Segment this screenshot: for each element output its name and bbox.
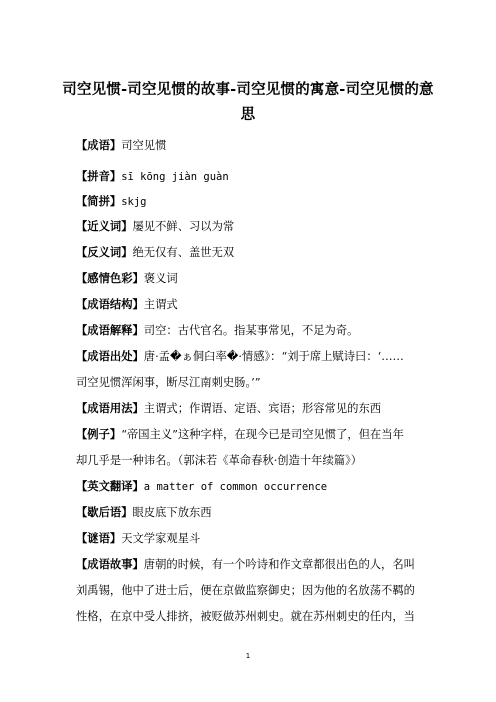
document-line: 【成语出处】唐·孟�ぁ侗臼率�·情感》：“刘于席上赋诗曰：‘…… [76, 348, 404, 364]
entry-label: 【成语用法】 [76, 401, 144, 415]
entry-value: 主谓式 [144, 298, 178, 311]
entry-label: 【成语故事】 [76, 557, 144, 571]
entry-label: 【成语解释】 [76, 323, 144, 337]
entry-value: 司空见惯 [121, 139, 166, 152]
entry-value: 绝无仅有、盖世无双 [133, 246, 235, 259]
entry-label: 【成语】 [76, 138, 121, 152]
document-line: 【英文翻译】a matter of common occurrence [76, 478, 327, 494]
entry-value: 眼皮底下放东西 [133, 506, 212, 519]
entry-label: 【成语结构】 [76, 297, 144, 311]
entry-label: 【感情色彩】 [76, 271, 144, 285]
entry-label: 【反义词】 [76, 245, 133, 259]
entry-label: 【成语出处】 [76, 349, 144, 363]
document-line: 性格，在京中受人排挤，被贬做苏州刺史。就在苏州刺史的任内，当 [76, 608, 415, 624]
document-line: 【成语故事】唐朝的时候，有一个吟诗和作文章都很出色的人，名叫 [76, 556, 415, 572]
document-line: 司空见惯浑闲事，断尽江南刺史肠。’” [76, 374, 260, 390]
entry-value: 褒义词 [144, 272, 178, 285]
document-line: 【歇后语】眼皮底下放东西 [76, 504, 212, 520]
document-title: 司空见惯-司空见惯的故事-司空见惯的寓意-司空见惯的意思 [60, 78, 436, 128]
entry-value: sī kōng jiàn guàn [121, 171, 228, 183]
document-line: 【简拼】skjg [76, 193, 147, 209]
entry-value: a matter of common occurrence [144, 481, 327, 493]
document-line: 【谜语】天文学家观星斗 [76, 530, 200, 546]
document-line: 【成语解释】司空：古代官名。指某事常见，不足为奇。 [76, 322, 358, 338]
page-number: 1 [0, 652, 496, 660]
document-line: 【反义词】绝无仅有、盖世无双 [76, 244, 234, 260]
entry-value: 司空见惯浑闲事，断尽江南刺史肠。’” [76, 376, 260, 389]
entry-value: 却几乎是一种讳名。（郭沫若《革命春秋·创造十年续篇》） [76, 454, 362, 467]
document-line: 【成语用法】主谓式；作谓语、定语、宾语；形容常见的东西 [76, 400, 381, 416]
entry-value: 唐朝的时候，有一个吟诗和作文章都很出色的人，名叫 [144, 558, 415, 571]
document-line: 却几乎是一种讳名。（郭沫若《革命春秋·创造十年续篇》） [76, 452, 362, 468]
entry-value: 性格，在京中受人排挤，被贬做苏州刺史。就在苏州刺史的任内，当 [76, 610, 415, 623]
document-line: 刘禹锡，他中了进士后，便在京做监察御史；因为他的名放荡不羁的 [76, 582, 415, 598]
entry-value: 唐·孟�ぁ侗臼率�·情感》：“刘于席上赋诗曰：‘…… [144, 350, 404, 363]
document-line: 【成语结构】主谓式 [76, 296, 178, 312]
document-line: 【近义词】屡见不鲜、习以为常 [76, 218, 234, 234]
entry-label: 【谜语】 [76, 531, 121, 545]
entry-value: 刘禹锡，他中了进士后，便在京做监察御史；因为他的名放荡不羁的 [76, 584, 415, 597]
entry-label: 【英文翻译】 [76, 479, 144, 493]
document-line: 【拼音】sī kōng jiàn guàn [76, 168, 229, 184]
entry-value: “帝国主义”这种字样，在现今已是司空见惯了，但在当年 [121, 428, 404, 441]
entry-value: 主谓式；作谓语、定语、宾语；形容常见的东西 [144, 402, 381, 415]
entry-label: 【歇后语】 [76, 505, 133, 519]
entry-label: 【例子】 [76, 427, 121, 441]
entry-value: 天文学家观星斗 [121, 532, 200, 545]
entry-label: 【拼音】 [76, 169, 121, 183]
document-line: 【例子】“帝国主义”这种字样，在现今已是司空见惯了，但在当年 [76, 426, 404, 442]
entry-label: 【简拼】 [76, 194, 121, 208]
entry-value: 司空：古代官名。指某事常见，不足为奇。 [144, 324, 359, 337]
entry-value: 屡见不鲜、习以为常 [133, 220, 235, 233]
entry-value: skjg [121, 196, 146, 208]
entry-label: 【近义词】 [76, 219, 133, 233]
document-line: 【感情色彩】褒义词 [76, 270, 178, 286]
document-line: 【成语】司空见惯 [76, 137, 166, 153]
